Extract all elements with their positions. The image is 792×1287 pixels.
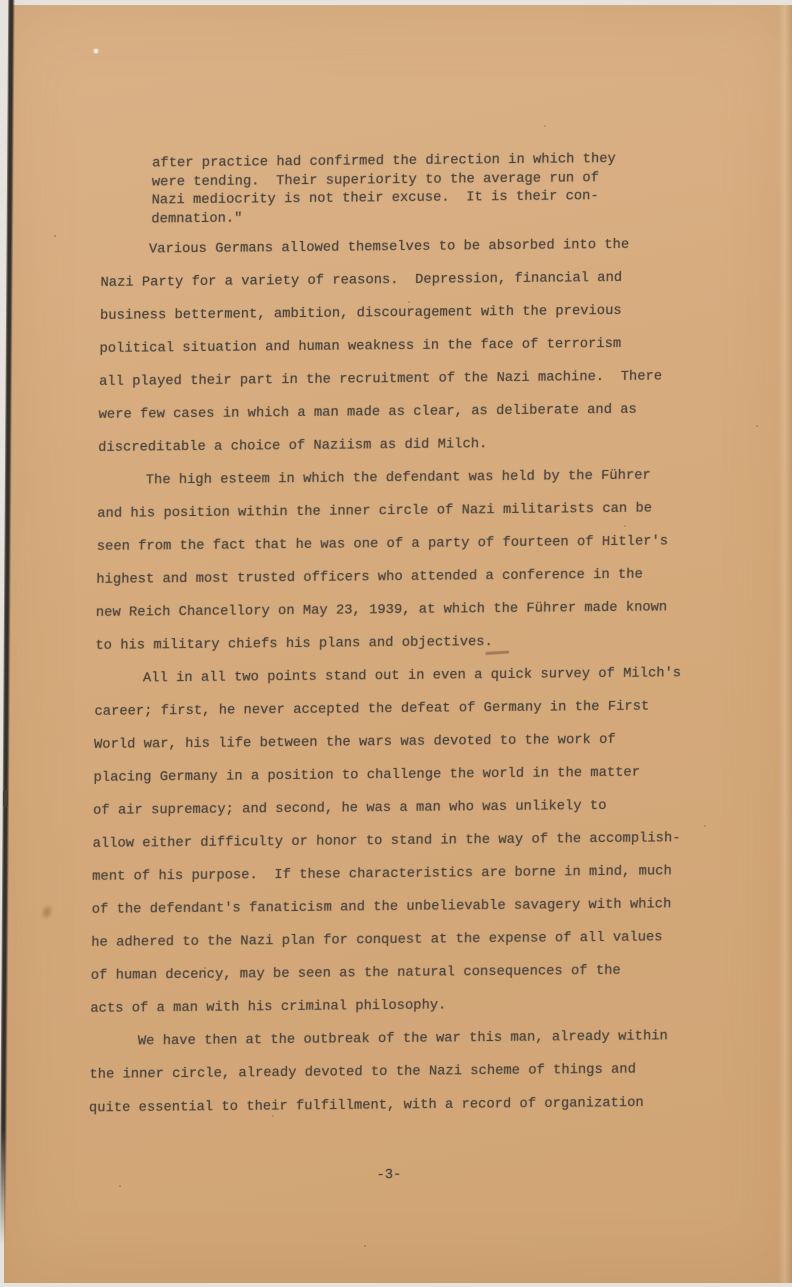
text-line: demnation." xyxy=(151,207,615,230)
text-line: Various Germans allowed themselves to be… xyxy=(101,228,721,267)
paper-sheet: after practice had confirmed the directi… xyxy=(4,5,792,1283)
paragraph-two-points: All in all two points stand out in even … xyxy=(90,657,715,1026)
body-text: Various Germans allowed themselves to be… xyxy=(89,228,721,1125)
quotation-block: after practice had confirmed the directi… xyxy=(151,151,616,229)
text-line: quite essential to their fulfillment, wi… xyxy=(89,1086,709,1125)
text-line: new Reich Chancellory on May 23, 1939, a… xyxy=(96,591,716,630)
text-line: career; first, he never accepted the def… xyxy=(94,690,714,729)
text-line: placing Germany in a position to challen… xyxy=(93,756,713,795)
scanned-page: after practice had confirmed the directi… xyxy=(0,0,792,1287)
page-number: -3- xyxy=(349,1167,429,1183)
text-line: were few cases in which a man made as cl… xyxy=(98,393,718,432)
paragraph-various-germans: Various Germans allowed themselves to be… xyxy=(98,228,721,465)
edge-mark xyxy=(3,790,8,807)
typed-text-layer: after practice had confirmed the directi… xyxy=(0,0,792,1284)
paragraph-outbreak-of-war: We have then at the outbreak of the war … xyxy=(89,1020,710,1125)
text-line: of human decency, may be seen as the nat… xyxy=(91,954,711,993)
paragraph-high-esteem: The high esteem in which the defendant w… xyxy=(95,459,718,663)
